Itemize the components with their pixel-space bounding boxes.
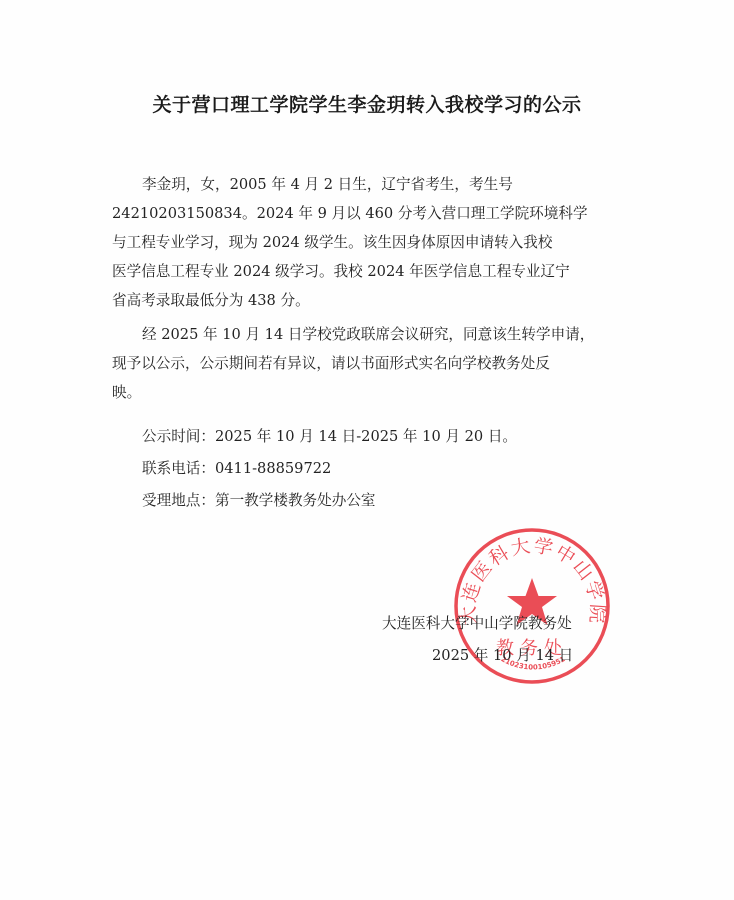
document-page: 关于营口理工学院学生李金玥转入我校学习的公示 李金玥，女，2005 年 4 月 … [0,0,734,900]
paragraph-line: 24210203150834。2024 年 9 月以 460 分考入营口理工学院… [112,199,632,228]
notice-period: 公示时间：2025 年 10 月 14 日-2025 年 10 月 20 日。 [142,421,517,453]
paragraph-line: 与工程专业学习，现为 2024 级学生。该生因身体原因申请转入我校 [112,228,632,257]
paragraph-student-info: 李金玥，女，2005 年 4 月 2 日生，辽宁省考生，考生号 24210203… [112,170,632,315]
paragraph-line: 省高考录取最低分为 438 分。 [112,286,632,315]
paragraph-line: 李金玥，女，2005 年 4 月 2 日生，辽宁省考生，考生号 [112,170,632,199]
paragraph-line: 经 2025 年 10 月 14 日学校党政联席会议研究，同意该生转学申请， [112,320,632,349]
signing-organization: 大连医科大学中山学院教务处 [382,608,573,640]
acceptance-location: 受理地点：第一教学楼教务处办公室 [142,485,517,517]
signature-block: 大连医科大学中山学院教务处 2025 年 10 月 14 日 [382,608,573,672]
paragraph-line: 医学信息工程专业 2024 级学习。我校 2024 年医学信息工程专业辽宁 [112,257,632,286]
paragraph-decision: 经 2025 年 10 月 14 日学校党政联席会议研究，同意该生转学申请， 现… [112,320,632,407]
document-title: 关于营口理工学院学生李金玥转入我校学习的公示 [0,90,734,117]
contact-phone: 联系电话：0411-88859722 [142,453,517,485]
signing-date: 2025 年 10 月 14 日 [382,640,573,672]
paragraph-line: 现予以公示，公示期间若有异议，请以书面形式实名向学校教务处反 [112,349,632,378]
paragraph-line: 映。 [112,378,632,407]
notice-info: 公示时间：2025 年 10 月 14 日-2025 年 10 月 20 日。 … [142,421,517,517]
